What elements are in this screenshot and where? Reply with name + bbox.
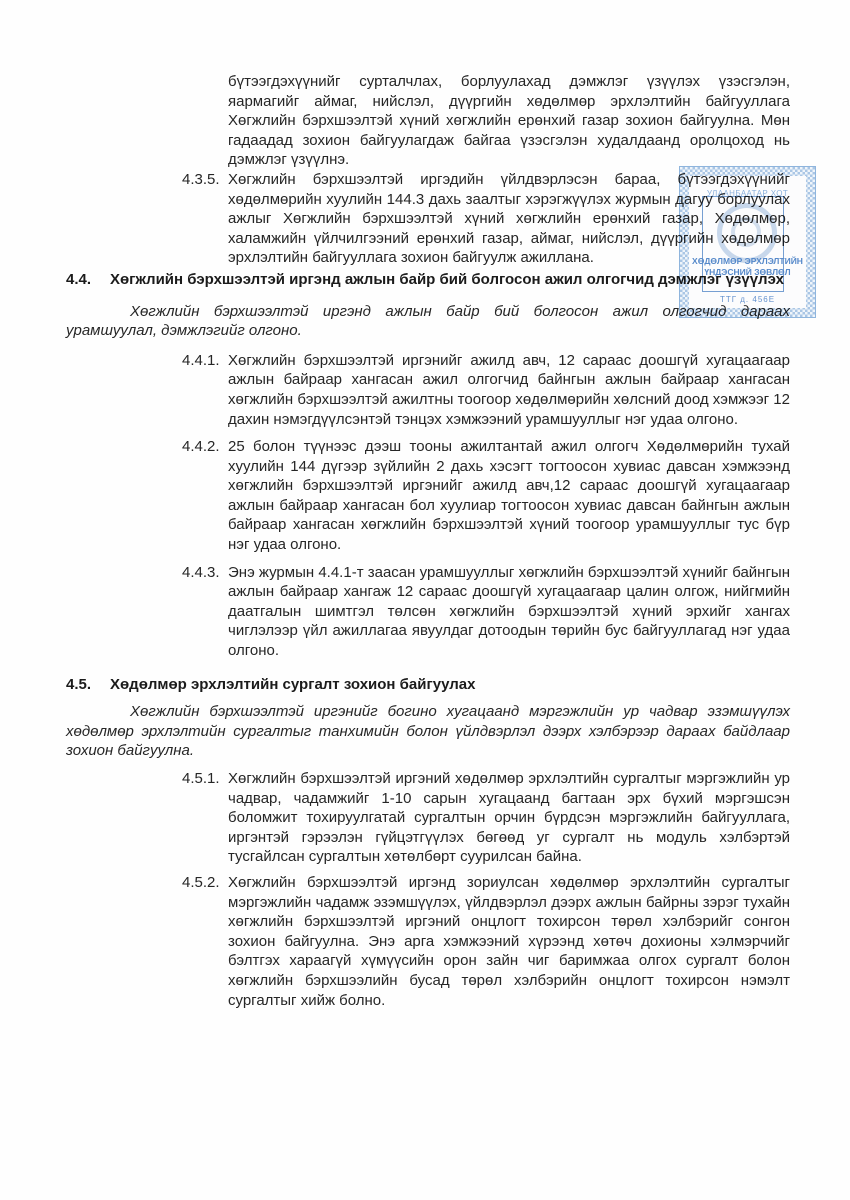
- clause-text: Хөгжлийн бэрхшээлтэй иргэдийн үйлдвэрлэс…: [228, 171, 790, 266]
- section-4-4-lead-paragraph: Хөгжлийн бэрхшээлтэй иргэнд ажлын байр б…: [66, 302, 790, 341]
- clause-4-5-1: 4.5.1. Хөгжлийн бэрхшээлтэй иргэний хөдө…: [228, 769, 790, 867]
- document-body: бүтээгдэхүүнийг сурталчлах, борлуулахад …: [66, 72, 790, 1018]
- clause-4-5-2: 4.5.2. Хөгжлийн бэрхшээлтэй иргэнд зориу…: [228, 873, 790, 1010]
- clause-text: Энэ журмын 4.4.1-т заасан урамшууллыг хө…: [228, 564, 790, 659]
- clause-text: Хөгжлийн бэрхшээлтэй иргэнийг ажилд авч,…: [228, 352, 790, 428]
- section-title: Хөгжлийн бэрхшээлтэй иргэнд ажлын байр б…: [110, 270, 790, 290]
- continuation-paragraph: бүтээгдэхүүнийг сурталчлах, борлуулахад …: [228, 72, 790, 170]
- clause-number: 4.3.5.: [182, 170, 220, 190]
- clause-number: 4.4.1.: [182, 351, 220, 371]
- scanned-document-page: бүтээгдэхүүнийг сурталчлах, борлуулахад …: [0, 0, 850, 1200]
- section-4-5-heading: 4.5. Хөдөлмөр эрхлэлтийн сургалт зохион …: [66, 675, 790, 695]
- clause-4-4-1: 4.4.1. Хөгжлийн бэрхшээлтэй иргэнийг ажи…: [228, 351, 790, 429]
- clause-4-4-2: 4.4.2. 25 болон түүнээс дээш тооны ажилт…: [228, 437, 790, 555]
- clause-text: 25 болон түүнээс дээш тооны ажилтантай а…: [228, 438, 790, 553]
- section-4-4-heading: 4.4. Хөгжлийн бэрхшээлтэй иргэнд ажлын б…: [66, 270, 790, 290]
- section-title: Хөдөлмөр эрхлэлтийн сургалт зохион байгу…: [110, 675, 790, 695]
- clause-text: Хөгжлийн бэрхшээлтэй иргэний хөдөлмөр эр…: [228, 770, 790, 865]
- clause-4-4-3: 4.4.3. Энэ журмын 4.4.1-т заасан урамшуу…: [228, 563, 790, 661]
- clause-number: 4.5.1.: [182, 769, 220, 789]
- clause-number: 4.5.2.: [182, 873, 220, 893]
- clause-4-3-5: 4.3.5. Хөгжлийн бэрхшээлтэй иргэдийн үйл…: [228, 170, 790, 268]
- section-4-5-lead-paragraph: Хөгжлийн бэрхшээлтэй иргэнийг богино хуг…: [66, 702, 790, 761]
- section-number: 4.4.: [66, 270, 110, 290]
- clause-number: 4.4.2.: [182, 437, 220, 457]
- clause-number: 4.4.3.: [182, 563, 220, 583]
- section-number: 4.5.: [66, 675, 110, 695]
- clause-text: Хөгжлийн бэрхшээлтэй иргэнд зориулсан хө…: [228, 874, 790, 1009]
